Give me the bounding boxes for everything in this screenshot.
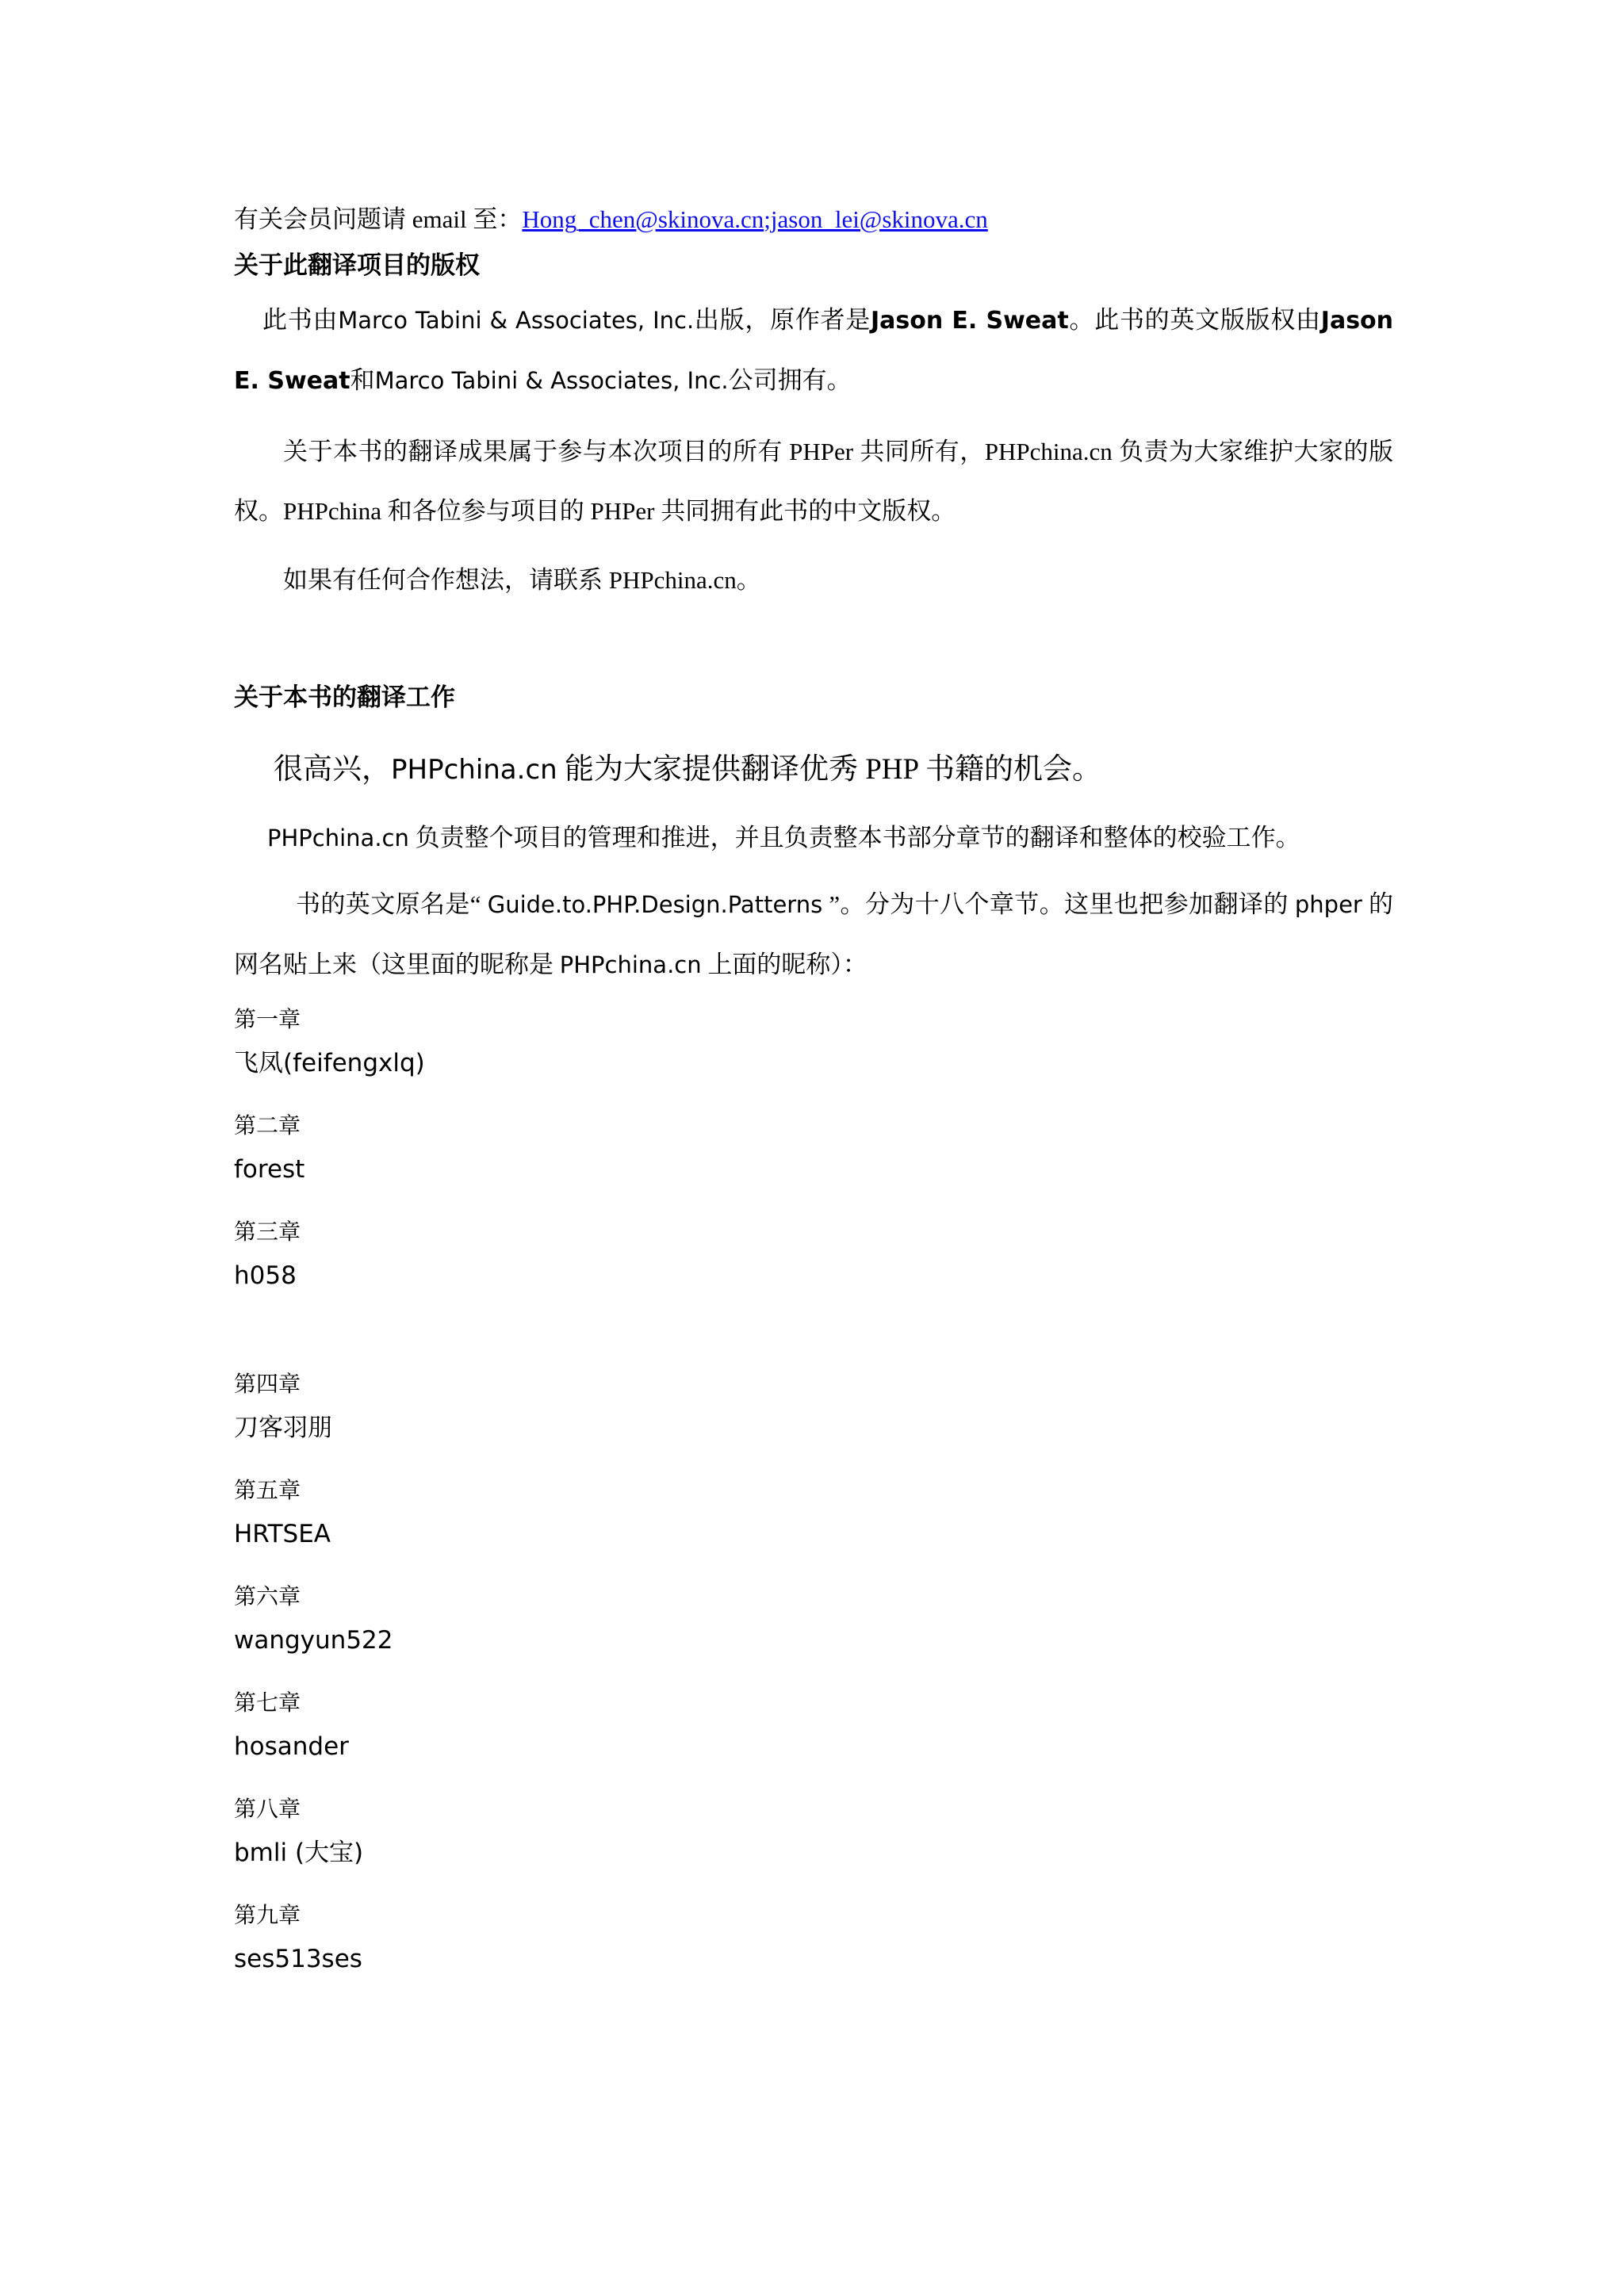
publisher-text-3: 。此书的英文版版权由 <box>1069 306 1321 334</box>
ownership-paragraph: 关于本书的翻译成果属于参与本次项目的所有 PHPer 共同所有，PHPchina… <box>234 422 1393 541</box>
bookname-text-4: 上面的昵称）： <box>702 951 868 978</box>
translator-name: ses513ses <box>234 1937 1393 1981</box>
chapter-label: 第三章 <box>234 1212 1393 1253</box>
email-link-hong-chen[interactable]: Hong_chen@skinova.cn <box>522 205 764 233</box>
email-link-jason-lei[interactable]: jason_lei@skinova.cn <box>771 205 988 233</box>
publisher-company-2: Marco Tabini & Associates, Inc. <box>375 367 729 394</box>
contact-prefix: 有关会员问题请 email 至： <box>234 205 522 233</box>
translator-name: bmli (大宝) <box>234 1831 1393 1875</box>
publisher-text-2: 出版，原作者是 <box>694 306 871 334</box>
chapter-entry-3: 第三章 h058 <box>234 1212 1393 1298</box>
chapter-entry-4: 第四章 刀客羽朋 <box>234 1364 1393 1450</box>
bookname-text-2: ”。分为十八个章节。这里也把参加翻译的 <box>822 890 1295 918</box>
chapter-entry-8: 第八章 bmli (大宝) <box>234 1789 1393 1875</box>
intro-line: 很高兴，PHPchina.cn 能为大家提供翻译优秀 PHP 书籍的机会。 <box>234 738 1393 802</box>
publisher-text-4: 和 <box>350 366 375 394</box>
chapter-entry-6: 第六章 wangyun522 <box>234 1577 1393 1663</box>
chapter-entry-9: 第九章 ses513ses <box>234 1896 1393 1981</box>
intro-text-1: 很高兴， <box>274 753 391 786</box>
intro-site-name: PHPchina.cn <box>391 754 557 786</box>
management-text: 负责整个项目的管理和推进，并且负责整本书部分章节的翻译和整体的校验工作。 <box>409 824 1300 851</box>
chapter-entry-7: 第七章 hosander <box>234 1683 1393 1769</box>
chapter-label: 第一章 <box>234 1000 1393 1041</box>
translation-heading: 关于本书的翻译工作 <box>234 675 1393 721</box>
contact-line: 有关会员问题请 email 至：Hong_chen@skinova.cn;jas… <box>234 197 1393 243</box>
translator-name: hosander <box>234 1724 1393 1769</box>
translator-name: h058 <box>234 1253 1393 1298</box>
publisher-text-5: 公司拥有。 <box>729 366 852 394</box>
bookname-text-1: 书的英文原名是“ <box>296 890 488 918</box>
chapter-label: 第五章 <box>234 1471 1393 1512</box>
chapter-label: 第八章 <box>234 1789 1393 1831</box>
book-english-title: Guide.to.PHP.Design.Patterns <box>488 891 822 918</box>
chapter-label: 第六章 <box>234 1577 1393 1618</box>
chapter-label: 第七章 <box>234 1683 1393 1724</box>
author-name-1: Jason E. Sweat <box>871 307 1069 335</box>
translator-name: wangyun522 <box>234 1618 1393 1663</box>
management-paragraph: PHPchina.cn 负责整个项目的管理和推进，并且负责整本书部分章节的翻译和… <box>234 808 1393 868</box>
phper-word: phper <box>1295 891 1362 918</box>
publisher-company-1: Marco Tabini & Associates, Inc. <box>338 307 694 334</box>
document-content: 有关会员问题请 email 至：Hong_chen@skinova.cn;jas… <box>234 197 1393 2002</box>
translator-name: 刀客羽朋 <box>234 1406 1393 1450</box>
publisher-paragraph: 此书由Marco Tabini & Associates, Inc.出版，原作者… <box>234 290 1393 411</box>
chapter-label: 第九章 <box>234 1896 1393 1937</box>
translator-name: 飞凤(feifengxlq) <box>234 1041 1393 1085</box>
intro-text-2: 能为大家提供翻译优秀 PHP 书籍的机会。 <box>557 753 1101 786</box>
chapter-list: 第一章 飞凤(feifengxlq) 第二章 forest 第三章 h058 第… <box>234 1000 1393 1981</box>
translator-name: forest <box>234 1147 1393 1192</box>
cooperation-paragraph: 如果有任何合作想法，请联系 PHPchina.cn。 <box>234 550 1393 610</box>
bookname-site-name: PHPchina.cn <box>560 951 702 978</box>
document-page: 有关会员问题请 email 至：Hong_chen@skinova.cn;jas… <box>0 0 1624 2296</box>
book-name-paragraph: 书的英文原名是“ Guide.to.PHP.Design.Patterns ”。… <box>234 874 1393 995</box>
management-site-name: PHPchina.cn <box>267 825 409 851</box>
copyright-heading: 关于此翻译项目的版权 <box>234 243 1393 289</box>
chapter-entry-2: 第二章 forest <box>234 1106 1393 1192</box>
publisher-text-1: 此书由 <box>262 306 338 334</box>
chapter-label: 第四章 <box>234 1364 1393 1406</box>
chapter-entry-1: 第一章 飞凤(feifengxlq) <box>234 1000 1393 1085</box>
chapter-label: 第二章 <box>234 1106 1393 1147</box>
email-separator: ; <box>764 205 771 233</box>
translator-name: HRTSEA <box>234 1512 1393 1556</box>
chapter-entry-5: 第五章 HRTSEA <box>234 1471 1393 1556</box>
